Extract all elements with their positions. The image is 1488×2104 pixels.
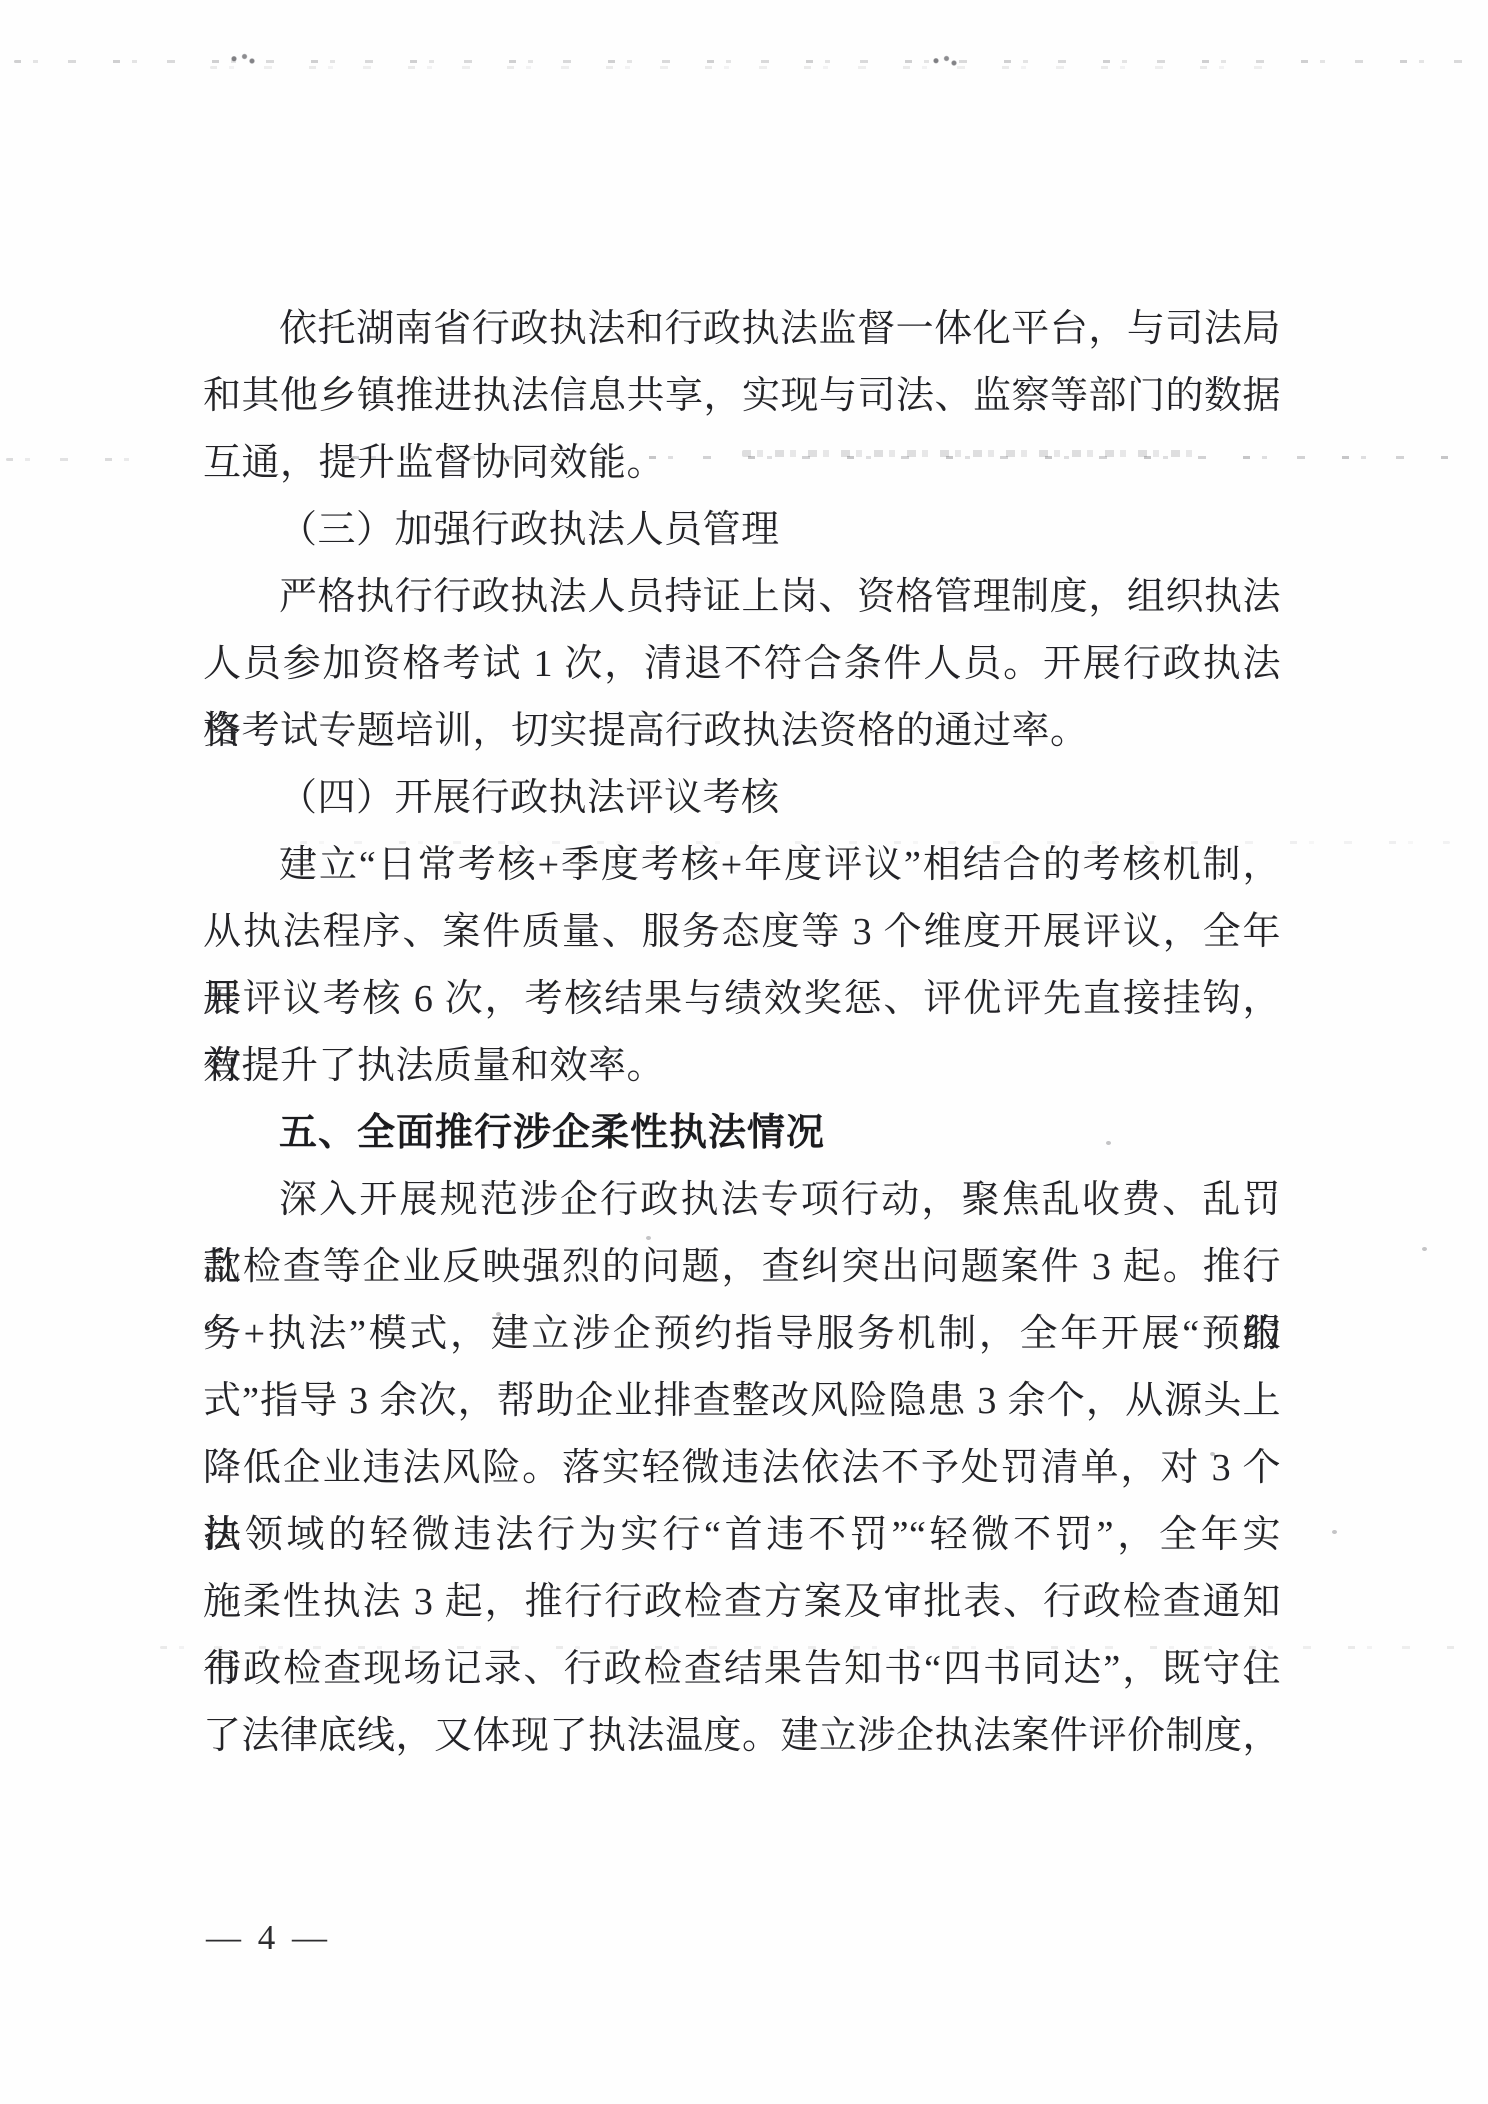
text-line: 务+执法”模式，建立涉企预约指导服务机制，全年开展“预约 xyxy=(203,1301,1281,1368)
document-page: 依托湖南省行政执法和行政执法监督一体化平台，与司法局和其他乡镇推进执法信息共享，… xyxy=(0,0,1488,2104)
text-line: 格考试专题培训，切实提高行政执法资格的通过率。 xyxy=(203,698,1281,765)
text-line: 和其他乡镇推进执法信息共享，实现与司法、监察等部门的数据 xyxy=(203,363,1281,430)
text-line: 了法律底线，又体现了执法温度。建立涉企执法案件评价制度， xyxy=(203,1703,1281,1770)
scan-speck xyxy=(1422,1247,1427,1251)
page-number: — 4 — xyxy=(206,1918,331,1958)
heading-line: 五、全面推行涉企柔性执法情况 xyxy=(203,1100,1281,1167)
paragraph: 建立“日常考核+季度考核+年度评议”相结合的考核机制，从执法程序、案件质量、服务… xyxy=(203,832,1281,1100)
sub-heading: （四）开展行政执法评议考核 xyxy=(203,765,1281,832)
text-line: 依托湖南省行政执法和行政执法监督一体化平台，与司法局 xyxy=(203,296,1281,363)
text-line: 互通，提升监督协同效能。 xyxy=(203,430,1281,497)
text-line: 展评议考核 6 次，考核结果与绩效奖惩、评优评先直接挂钩，有 xyxy=(203,966,1281,1033)
section-heading: 五、全面推行涉企柔性执法情况 xyxy=(203,1100,1281,1167)
text-line: 法领域的轻微违法行为实行“首违不罚”“轻微不罚”，全年实 xyxy=(203,1502,1281,1569)
text-line: 式”指导 3 余次，帮助企业排查整改风险隐患 3 余个，从源头上 xyxy=(203,1368,1281,1435)
scan-smudge xyxy=(930,54,960,69)
text-line: 深入开展规范涉企行政执法专项行动，聚焦乱收费、乱罚款、 xyxy=(203,1167,1281,1234)
text-line: 人员参加资格考试 1 次，清退不符合条件人员。开展行政执法资 xyxy=(203,631,1281,698)
scan-noise-band xyxy=(6,458,138,461)
heading-line: （三）加强行政执法人员管理 xyxy=(203,497,1281,564)
scan-smudge xyxy=(228,52,258,67)
heading-line: （四）开展行政执法评议考核 xyxy=(203,765,1281,832)
text-line: 行政检查现场记录、行政检查结果告知书“四书同达”，既守住 xyxy=(203,1636,1281,1703)
text-line: 建立“日常考核+季度考核+年度评议”相结合的考核机制， xyxy=(203,832,1281,899)
paragraph: 依托湖南省行政执法和行政执法监督一体化平台，与司法局和其他乡镇推进执法信息共享，… xyxy=(203,296,1281,497)
text-line: 施柔性执法 3 起，推行行政检查方案及审批表、行政检查通知书、 xyxy=(203,1569,1281,1636)
paragraph: 严格执行行政执法人员持证上岗、资格管理制度，组织执法人员参加资格考试 1 次，清… xyxy=(203,564,1281,765)
scan-noise-band xyxy=(210,66,1290,69)
text-line: 从执法程序、案件质量、服务态度等 3 个维度开展评议，全年开 xyxy=(203,899,1281,966)
text-line: 效提升了执法质量和效率。 xyxy=(203,1033,1281,1100)
text-line: 严格执行行政执法人员持证上岗、资格管理制度，组织执法 xyxy=(203,564,1281,631)
paragraph: 深入开展规范涉企行政执法专项行动，聚焦乱收费、乱罚款、乱检查等企业反映强烈的问题… xyxy=(203,1167,1281,1770)
document-body: 依托湖南省行政执法和行政执法监督一体化平台，与司法局和其他乡镇推进执法信息共享，… xyxy=(203,296,1281,1770)
text-line: 乱检查等企业反映强烈的问题，查纠突出问题案件 3 起。推行“服 xyxy=(203,1234,1281,1301)
sub-heading: （三）加强行政执法人员管理 xyxy=(203,497,1281,564)
scan-speck xyxy=(1332,1530,1337,1534)
text-line: 降低企业违法风险。落实轻微违法依法不予处罚清单，对 3 个执 xyxy=(203,1435,1281,1502)
